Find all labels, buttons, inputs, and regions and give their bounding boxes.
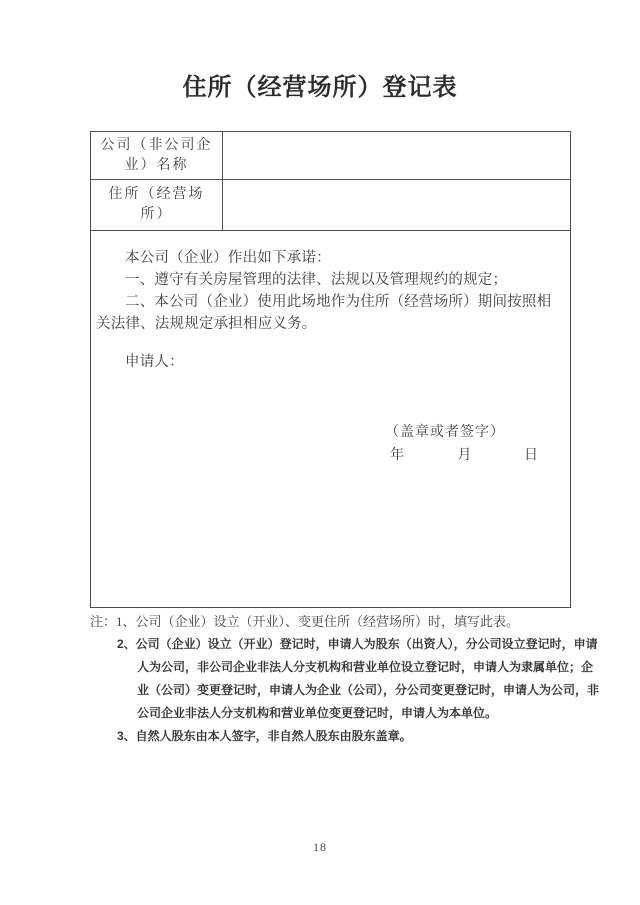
note-item-1: 注：1、公司（企业）设立（开业）、变更住所（经营场所）时，填写此表。 [90, 610, 602, 633]
month-label: 月 [458, 448, 473, 464]
registration-table: 公司（非公司企业）名称 住所（经营场所） 本公司（企业）作出如下承诺： 一、遵守… [90, 131, 571, 608]
commitment-item-2: 二、本公司（企业）使用此场地作为住所（经营场所）期间按照相关法律、法规规定承担相… [96, 291, 565, 335]
day-label: 日 [524, 448, 539, 464]
signature-block: （盖章或者签字） 年 月 日 [385, 425, 539, 464]
company-name-label: 公司（非公司企业）名称 [91, 132, 223, 179]
commitment-intro: 本公司（企业）作出如下承诺： [96, 247, 565, 269]
date-line: 年 月 日 [385, 448, 539, 464]
address-label: 住所（经营场所） [91, 180, 223, 230]
table-row-company-name: 公司（非公司企业）名称 [91, 132, 570, 180]
company-name-value-cell[interactable] [223, 132, 570, 179]
year-label: 年 [390, 448, 405, 464]
applicant-label: 申请人： [96, 351, 565, 373]
page-number: 18 [0, 840, 640, 855]
address-value-cell[interactable] [223, 180, 570, 230]
seal-or-signature-hint: （盖章或者签字） [385, 425, 539, 441]
commitment-item-1: 一、遵守有关房屋管理的法律、法规以及管理规约的规定； [96, 269, 565, 291]
notes-section: 注：1、公司（企业）设立（开业）、变更住所（经营场所）时，填写此表。 2、公司（… [90, 610, 602, 748]
note-item-2: 2、公司（企业）设立（开业）登记时，申请人为股东（出资人），分公司设立登记时，申… [90, 633, 602, 725]
note-item-3: 3、自然人股东由本人签字，非自然人股东由股东盖章。 [90, 725, 602, 748]
page-title: 住所（经营场所）登记表 [0, 67, 640, 102]
table-row-address: 住所（经营场所） [91, 180, 570, 231]
commitment-cell: 本公司（企业）作出如下承诺： 一、遵守有关房屋管理的法律、法规以及管理规约的规定… [91, 231, 570, 606]
